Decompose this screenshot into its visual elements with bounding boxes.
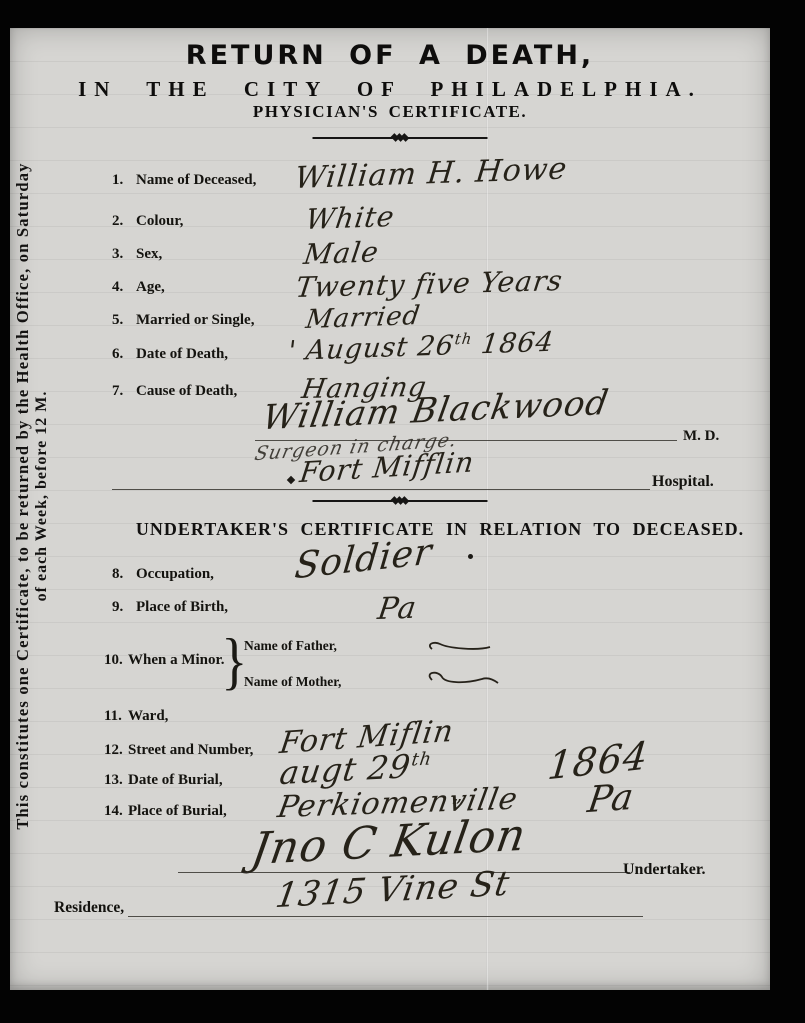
field-label: When a Minor.: [128, 652, 225, 668]
divider-ornament: [313, 134, 488, 141]
field-number: 2.: [112, 213, 136, 230]
field-label: Ward,: [128, 708, 168, 724]
field-label: Street and Number,: [128, 742, 253, 758]
document-title: RETURN OF A DEATH,: [10, 40, 770, 71]
field-number: 4.: [112, 279, 136, 296]
field-label: Date of Death,: [136, 346, 228, 362]
name-of-mother-label: Name of Mother,: [244, 674, 341, 690]
field-label: Place of Burial,: [128, 803, 227, 819]
residence-label: Residence,: [54, 899, 124, 917]
field-number: 10.: [104, 652, 128, 669]
field-label: Cause of Death,: [136, 383, 237, 399]
field-row-date-of-burial: 13.Date of Burial,: [104, 772, 223, 789]
margin-note: This constitutes one Certificate, to be …: [13, 42, 51, 950]
handwritten-burial-state: Pa: [585, 777, 637, 822]
field-row-name-of-deceased: 1.Name of Deceased,: [112, 172, 256, 189]
field-label: Occupation,: [136, 566, 214, 582]
field-number: 13.: [104, 772, 128, 789]
undertaker-certificate-heading: UNDERTAKER'S CERTIFICATE IN RELATION TO …: [90, 519, 790, 540]
undertaker-label: Undertaker.: [623, 861, 706, 879]
handwritten-sex: Male: [302, 235, 382, 271]
margin-note-line2: of each Week, before 12 M.: [33, 42, 51, 950]
field-number: 6.: [112, 346, 136, 363]
field-number: 1.: [112, 172, 136, 189]
field-row-place-of-burial: 14.Place of Burial,: [104, 803, 227, 820]
handwritten-colour: White: [304, 200, 397, 236]
field-label: Sex,: [136, 246, 162, 262]
mother-blank-mark: [420, 668, 500, 688]
field-label: Colour,: [136, 213, 183, 229]
field-row-colour: 2.Colour,: [112, 213, 183, 230]
field-label: Date of Burial,: [128, 772, 223, 788]
field-label: Place of Birth,: [136, 599, 228, 615]
field-label: Age,: [136, 279, 165, 295]
field-row-married-or-single: 5.Married or Single,: [112, 312, 254, 329]
field-row-occupation: 8.Occupation,: [112, 566, 214, 583]
field-number: 8.: [112, 566, 136, 583]
handwritten-married-or-single: Married: [304, 301, 422, 335]
hospital-label: Hospital.: [652, 473, 714, 491]
divider-ornament: [313, 497, 488, 504]
name-of-father-label: Name of Father,: [244, 638, 337, 654]
residence-line: [128, 916, 643, 917]
field-row-ward: 11.Ward,: [104, 708, 168, 725]
field-row-date-of-death: 6.Date of Death,: [112, 346, 228, 363]
field-row-cause-of-death: 7.Cause of Death,: [112, 383, 237, 400]
field-number: 3.: [112, 246, 136, 263]
hospital-line: [112, 489, 650, 490]
field-label: Married or Single,: [136, 312, 254, 328]
field-number: 9.: [112, 599, 136, 616]
field-label: Name of Deceased,: [136, 172, 256, 188]
field-number: 7.: [112, 383, 136, 400]
field-row-street-and-number: 12.Street and Number,: [104, 742, 253, 759]
field-number: 12.: [104, 742, 128, 759]
physician-certificate-heading: PHYSICIAN'S CERTIFICATE.: [10, 102, 770, 122]
md-label: M. D.: [683, 428, 719, 445]
ink-dot: [468, 554, 473, 559]
field-number: 11.: [104, 708, 128, 725]
handwritten-place-of-birth: Pa: [376, 591, 420, 628]
field-row-place-of-birth: 9.Place of Birth,: [112, 599, 228, 616]
document-subtitle: IN THE CITY OF PHILADELPHIA.: [10, 77, 770, 102]
margin-note-line1: This constitutes one Certificate, to be …: [13, 42, 33, 950]
field-row-when-a-minor: 10.When a Minor.: [104, 652, 225, 669]
field-number: 5.: [112, 312, 136, 329]
field-row-age: 4.Age,: [112, 279, 165, 296]
scanned-death-certificate: This constitutes one Certificate, to be …: [0, 0, 805, 1023]
father-blank-mark: [424, 640, 496, 656]
field-row-sex: 3.Sex,: [112, 246, 162, 263]
field-number: 14.: [104, 803, 128, 820]
